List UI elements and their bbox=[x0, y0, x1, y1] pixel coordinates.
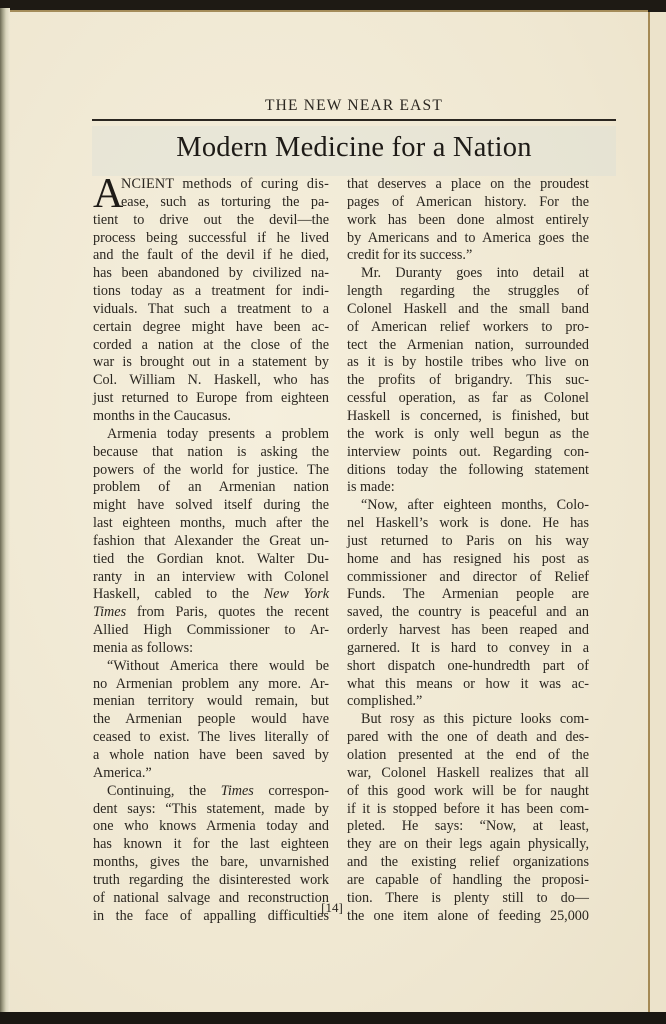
text-line: pared with the one of death and des- bbox=[347, 729, 589, 747]
page-left-edge bbox=[0, 8, 10, 1012]
text-line: Armenia today presents a problem bbox=[93, 426, 329, 444]
text-line: the profits of brigandry. This suc- bbox=[347, 372, 589, 390]
text-line: complished.” bbox=[347, 693, 589, 711]
text-line: fashion that Alexander the Great un- bbox=[93, 533, 329, 551]
text-line: has been abandoned by civilized na- bbox=[93, 265, 329, 283]
text-line: truth regarding the disinterested work bbox=[93, 872, 329, 890]
text-line: ranty in an interview with Colonel bbox=[93, 569, 329, 587]
text-line: war, Colonel Haskell realizes that all bbox=[347, 765, 589, 783]
right-column-text: that deserves a place on the proudestpag… bbox=[347, 176, 589, 925]
text-line: one who knows Armenia today and bbox=[93, 818, 329, 836]
text-line: the Armenian people would have bbox=[93, 711, 329, 729]
text-line: pleted. He says: “Now, at least, bbox=[347, 818, 589, 836]
text-line: problem of an Armenian nation bbox=[93, 479, 329, 497]
text-line: ease, such as torturing the pa- bbox=[93, 194, 329, 212]
text-line: commissioner and director of Relief bbox=[347, 569, 589, 587]
text-line: Mr. Duranty goes into detail at bbox=[347, 265, 589, 283]
right-column: that deserves a place on the proudestpag… bbox=[347, 176, 589, 925]
text-line: corded a nation at the close of the bbox=[93, 337, 329, 355]
text-line: they are on their legs again physically, bbox=[347, 836, 589, 854]
text-line: powers of the world for justice. The bbox=[93, 462, 329, 480]
scan-bottom-edge bbox=[0, 1012, 666, 1024]
text-line: what this means or how it was ac- bbox=[347, 676, 589, 694]
text-line: months in the Caucasus. bbox=[93, 408, 329, 426]
text-line: tion. There is plenty still to do— bbox=[347, 890, 589, 908]
text-line: But rosy as this picture looks com- bbox=[347, 711, 589, 729]
text-line: Colonel Haskell and the small band bbox=[347, 301, 589, 319]
text-line: “Without America there would be bbox=[93, 658, 329, 676]
drop-cap: A bbox=[93, 175, 123, 213]
text-line: ditions today the following statement bbox=[347, 462, 589, 480]
scan-top-edge bbox=[0, 0, 666, 10]
text-line: credit for its success.” bbox=[347, 247, 589, 265]
text-line: has known it for the last eighteen bbox=[93, 836, 329, 854]
text-line: tions today as a treatment for indi- bbox=[93, 283, 329, 301]
text-line: and the fault of the devil if he died, bbox=[93, 247, 329, 265]
text-line: certain degree might have been ac- bbox=[93, 319, 329, 337]
text-line: by Americans and to America goes the bbox=[347, 230, 589, 248]
text-line: olation presented at the end of the bbox=[347, 747, 589, 765]
text-line: cessful operation, as far as Colonel bbox=[347, 390, 589, 408]
text-line: the one item alone of feeding 25,000 bbox=[347, 908, 589, 926]
page-number: [14] bbox=[300, 900, 364, 916]
text-line: “Now, after eighteen months, Colo- bbox=[347, 497, 589, 515]
text-line: war is brought out in a statement by bbox=[93, 354, 329, 372]
header-rule bbox=[92, 119, 616, 121]
text-line: menian territory would remain, but bbox=[93, 693, 329, 711]
text-line: work has been done almost entirely bbox=[347, 212, 589, 230]
text-line: of American relief workers to pro- bbox=[347, 319, 589, 337]
text-line: length regarding the struggles of bbox=[347, 283, 589, 301]
text-line: Funds. The Armenian people are bbox=[347, 586, 589, 604]
text-line: a whole nation have been saved by bbox=[93, 747, 329, 765]
text-line: ceased to exist. The lives literally of bbox=[93, 729, 329, 747]
text-line: garnered. It is hard to convey in a bbox=[347, 640, 589, 658]
text-line: Col. William N. Haskell, who has bbox=[93, 372, 329, 390]
text-line: the work is only well begun as the bbox=[347, 426, 589, 444]
article-title: Modern Medicine for a Nation bbox=[92, 132, 616, 164]
text-line: just returned to Paris on his way bbox=[347, 533, 589, 551]
text-line: last eighteen months, much after the bbox=[93, 515, 329, 533]
text-line: Haskell, cabled to the New York bbox=[93, 586, 329, 604]
text-line: that deserves a place on the proudest bbox=[347, 176, 589, 194]
text-line: is made: bbox=[347, 479, 589, 497]
text-line: no Armenian problem any more. Ar- bbox=[93, 676, 329, 694]
text-line: are capable of handling the proposi- bbox=[347, 872, 589, 890]
text-line: process being successful if he lived bbox=[93, 230, 329, 248]
text-line: America.” bbox=[93, 765, 329, 783]
text-line: in the face of appalling difficulties bbox=[93, 908, 329, 926]
text-line: might have solved itself during the bbox=[93, 497, 329, 515]
text-line: Times from Paris, quotes the recent bbox=[93, 604, 329, 622]
text-line: tied the Gordian knot. Walter Du- bbox=[93, 551, 329, 569]
text-line: if it is stopped before it has been com- bbox=[347, 801, 589, 819]
text-line: as it is by hostile tribes who live on bbox=[347, 354, 589, 372]
text-line: and the existing relief organizations bbox=[347, 854, 589, 872]
text-line: home and has resigned his post as bbox=[347, 551, 589, 569]
text-line: Continuing, the Times correspon- bbox=[93, 783, 329, 801]
text-line: just returned to Europe from eighteen bbox=[93, 390, 329, 408]
text-line: orderly harvest has been reaped and bbox=[347, 622, 589, 640]
left-column-text: NCIENT methods of curing dis-ease, such … bbox=[93, 176, 329, 925]
text-line: of national salvage and reconstruction bbox=[93, 890, 329, 908]
text-line: Haskell is concerned, is finished, but bbox=[347, 408, 589, 426]
text-line: tient to drive out the devil—the bbox=[93, 212, 329, 230]
text-line: tect the Armenian nation, surrounded bbox=[347, 337, 589, 355]
text-line: pages of American history. For the bbox=[347, 194, 589, 212]
left-column: A NCIENT methods of curing dis-ease, suc… bbox=[93, 176, 329, 925]
text-line: short dispatch one-hundredth part of bbox=[347, 658, 589, 676]
text-line: saved, the country is peaceful and an bbox=[347, 604, 589, 622]
text-line: months, gives the bare, unvarnished bbox=[93, 854, 329, 872]
text-line: menia as follows: bbox=[93, 640, 329, 658]
text-line: because that nation is asking the bbox=[93, 444, 329, 462]
text-line: of this good work will be for naught bbox=[347, 783, 589, 801]
text-line: Allied High Commissioner to Ar- bbox=[93, 622, 329, 640]
next-page-edge bbox=[648, 12, 666, 1012]
text-line: viduals. That such a treatment to a bbox=[93, 301, 329, 319]
text-line: NCIENT methods of curing dis- bbox=[93, 176, 329, 194]
running-head: THE NEW NEAR EAST bbox=[90, 97, 618, 115]
text-line: dent says: “This statement, made by bbox=[93, 801, 329, 819]
text-line: interview points out. Regarding con- bbox=[347, 444, 589, 462]
text-line: nel Haskell’s work is done. He has bbox=[347, 515, 589, 533]
